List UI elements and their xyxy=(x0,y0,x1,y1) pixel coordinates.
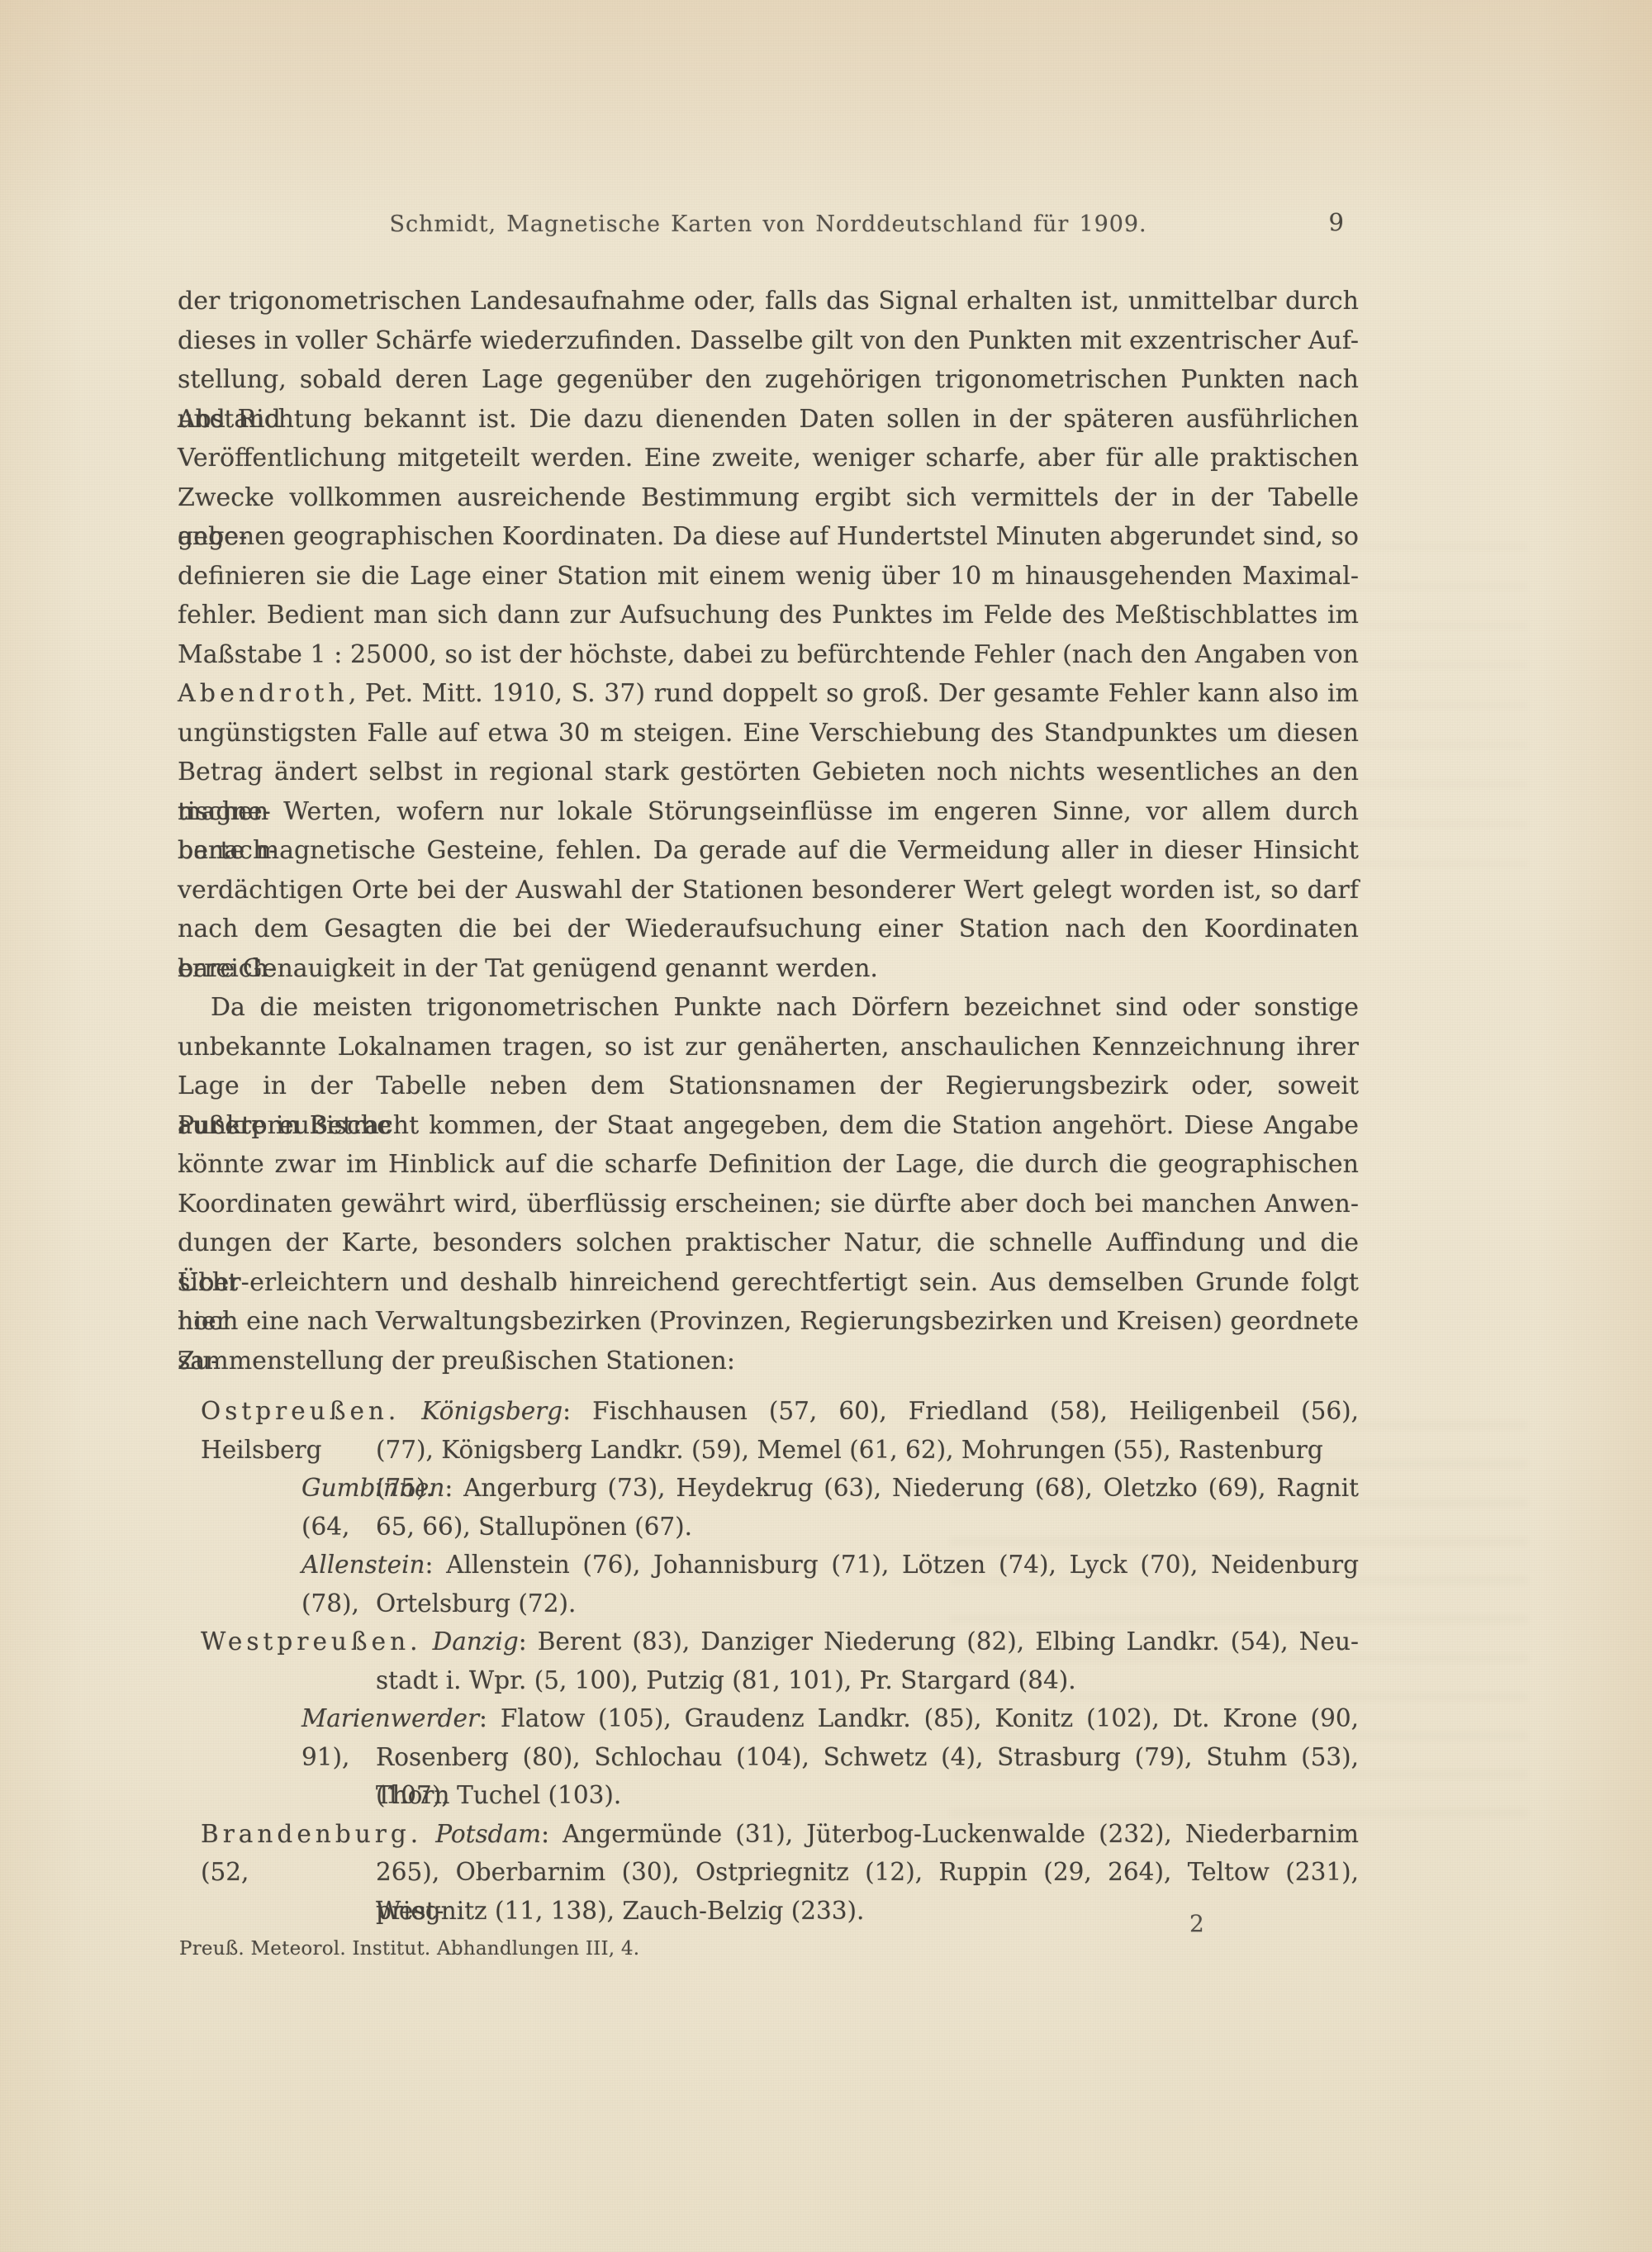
text-line: verdächtigen Orte bei der Auswahl der St… xyxy=(178,871,1359,910)
text-line: dungen der Karte, besonders solchen prak… xyxy=(178,1223,1359,1263)
text-segment: unbekannte Lokalnamen tragen, so ist zur… xyxy=(178,1033,1359,1062)
station-list-line: Gumbinnen: Angerburg (73), Heydekrug (63… xyxy=(301,1469,1359,1508)
text-segment: , Pet. Mitt. 1910, S. 37) rund doppelt s… xyxy=(349,679,1359,708)
signature-mark: 2 xyxy=(1189,1910,1204,1937)
station-list-line: stadt i. Wpr. (5, 100), Putzig (81, 101)… xyxy=(376,1661,1359,1700)
text-line: Zwecke vollkommen ausreichende Bestimmun… xyxy=(178,478,1359,518)
text-segment: Punkte in Betracht kommen, der Staat ang… xyxy=(178,1111,1359,1140)
text-line: definieren sie die Lage einer Station mi… xyxy=(178,557,1359,596)
station-list-line: 65, 66), Stallupönen (67). xyxy=(376,1508,1359,1546)
text-segment xyxy=(400,1397,421,1425)
text-line: der trigonometrischen Landesaufnahme ode… xyxy=(178,282,1359,321)
text-line: nach dem Gesagten die bei der Wiederaufs… xyxy=(178,910,1359,949)
text-line: sammenstellung der preußischen Stationen… xyxy=(178,1342,1359,1381)
header-title: Schmidt, Magnetische Karten von Norddeut… xyxy=(390,211,1147,237)
text-segment: : Berent (83), Danziger Niederung (82), … xyxy=(519,1627,1359,1656)
text-segment: und Richtung bekannt ist. Die dazu diene… xyxy=(178,405,1359,434)
text-line: noch eine nach Verwaltungsbezirken (Prov… xyxy=(178,1302,1359,1342)
text-segment: der trigonometrischen Landesaufnahme ode… xyxy=(178,287,1359,316)
text-line: sicht erleichtern und deshalb hinreichen… xyxy=(178,1263,1359,1303)
text-segment: Brandenburg. xyxy=(201,1820,422,1848)
paragraph: Da die meisten trigonometrischen Punkte … xyxy=(178,988,1359,1380)
text-segment: Allenstein xyxy=(301,1551,425,1579)
station-list-line: Rosenberg (80), Schlochau (104), Schwetz… xyxy=(376,1738,1359,1777)
text-line: Abendroth, Pet. Mitt. 1910, S. 37) rund … xyxy=(178,674,1359,714)
text-segment: Da die meisten trigonometrischen Punkte … xyxy=(211,993,1359,1022)
text-line: unbekannte Lokalnamen tragen, so ist zur… xyxy=(178,1028,1359,1067)
text-segment: sammenstellung der preußischen Stationen… xyxy=(178,1347,735,1375)
text-segment: Potsdam xyxy=(435,1820,541,1848)
text-segment: (107), Tuchel (103). xyxy=(376,1781,621,1809)
text-line: ungünstigsten Falle auf etwa 30 m steige… xyxy=(178,714,1359,753)
text-segment: Westpreußen. xyxy=(201,1627,422,1656)
text-segment: Ostpreußen. xyxy=(201,1397,400,1425)
station-list-line: (107), Tuchel (103). xyxy=(376,1776,1359,1815)
text-segment: Danzig xyxy=(433,1627,519,1656)
text-segment: Gumbinnen xyxy=(301,1474,444,1502)
station-list-line: Brandenburg. Potsdam: Angermünde (31), J… xyxy=(201,1815,1359,1854)
text-segment: Ortelsburg (72). xyxy=(376,1589,576,1618)
text-line: stellung, sobald deren Lage gegenüber de… xyxy=(178,360,1359,400)
station-list-line: (77), Königsberg Landkr. (59), Memel (61… xyxy=(376,1431,1359,1470)
body-paragraphs: der trigonometrischen Landesaufnahme ode… xyxy=(178,282,1359,1380)
text-segment: priegnitz (11, 138), Zauch-Belzig (233). xyxy=(376,1897,864,1925)
text-line: Lage in der Tabelle neben dem Stationsna… xyxy=(178,1067,1359,1106)
scanned-book-page: Schmidt, Magnetische Karten von Norddeut… xyxy=(0,0,1652,2252)
text-line: Veröffentlichung mitgeteilt werden. Eine… xyxy=(178,439,1359,478)
station-list-line: 265), Oberbarnim (30), Ostpriegnitz (12)… xyxy=(376,1853,1359,1892)
running-header: Schmidt, Magnetische Karten von Norddeut… xyxy=(178,211,1359,237)
text-line: tischen Werten, wofern nur lokale Störun… xyxy=(178,792,1359,832)
station-list-line: Allenstein: Allenstein (76), Johannisbur… xyxy=(301,1546,1359,1584)
text-segment: dieses in voller Schärfe wiederzufinden.… xyxy=(178,326,1359,355)
text-line: barte magnetische Gesteine, fehlen. Da g… xyxy=(178,831,1359,871)
text-line: Betrag ändert selbst in regional stark g… xyxy=(178,753,1359,792)
text-line: und Richtung bekannt ist. Die dazu diene… xyxy=(178,400,1359,439)
station-list-line: Westpreußen. Danzig: Berent (83), Danzig… xyxy=(201,1622,1359,1661)
station-list-line: Ortelsburg (72). xyxy=(376,1584,1359,1623)
page-number: 9 xyxy=(1329,208,1344,236)
text-segment: verdächtigen Orte bei der Auswahl der St… xyxy=(178,876,1359,905)
text-column: der trigonometrischen Landesaufnahme ode… xyxy=(178,282,1359,1930)
text-line: dieses in voller Schärfe wiederzufinden.… xyxy=(178,321,1359,361)
paragraph: der trigonometrischen Landesaufnahme ode… xyxy=(178,282,1359,988)
text-segment: 65, 66), Stallupönen (67). xyxy=(376,1513,692,1541)
text-segment: Abendroth xyxy=(178,679,349,708)
text-segment: Veröffentlichung mitgeteilt werden. Eine… xyxy=(178,444,1359,473)
text-line: Koordinaten gewährt wird, überflüssig er… xyxy=(178,1185,1359,1224)
station-list-line: Ostpreußen. Königsberg: Fischhausen (57,… xyxy=(201,1392,1359,1431)
text-segment: Marienwerder xyxy=(301,1704,479,1732)
text-line: Da die meisten trigonometrischen Punkte … xyxy=(178,988,1359,1028)
text-line: bare Genauigkeit in der Tat genügend gen… xyxy=(178,949,1359,989)
text-segment xyxy=(422,1820,435,1848)
text-segment: barte magnetische Gesteine, fehlen. Da g… xyxy=(178,836,1359,865)
station-list-line: Marienwerder: Flatow (105), Graudenz Lan… xyxy=(301,1699,1359,1738)
text-segment: definieren sie die Lage einer Station mi… xyxy=(178,562,1359,591)
text-segment: gebenen geographischen Koordinaten. Da d… xyxy=(178,522,1359,551)
text-segment: stadt i. Wpr. (5, 100), Putzig (81, 101)… xyxy=(376,1666,1076,1694)
text-segment: Maßstabe 1 : 25000, so ist der höchste, … xyxy=(178,640,1359,669)
text-segment: fehler. Bedient man sich dann zur Aufsuc… xyxy=(178,601,1359,630)
text-segment: Königsberg xyxy=(421,1397,563,1425)
text-line: Punkte in Betracht kommen, der Staat ang… xyxy=(178,1106,1359,1146)
text-segment: Koordinaten gewährt wird, überflüssig er… xyxy=(178,1190,1359,1219)
text-segment: bare Genauigkeit in der Tat genügend gen… xyxy=(178,954,878,983)
text-line: gebenen geographischen Koordinaten. Da d… xyxy=(178,517,1359,557)
text-segment: ungünstigsten Falle auf etwa 30 m steige… xyxy=(178,719,1359,748)
text-segment: könnte zwar im Hinblick auf die scharfe … xyxy=(178,1150,1359,1179)
station-list-line: priegnitz (11, 138), Zauch-Belzig (233). xyxy=(376,1892,1359,1931)
text-line: Maßstabe 1 : 25000, so ist der höchste, … xyxy=(178,635,1359,675)
footer-imprint: Preuß. Meteorol. Institut. Abhandlungen … xyxy=(179,1938,639,1960)
text-line: fehler. Bedient man sich dann zur Aufsuc… xyxy=(178,596,1359,635)
text-line: könnte zwar im Hinblick auf die scharfe … xyxy=(178,1145,1359,1185)
station-list: Ostpreußen. Königsberg: Fischhausen (57,… xyxy=(178,1392,1359,1930)
text-segment xyxy=(422,1627,433,1656)
